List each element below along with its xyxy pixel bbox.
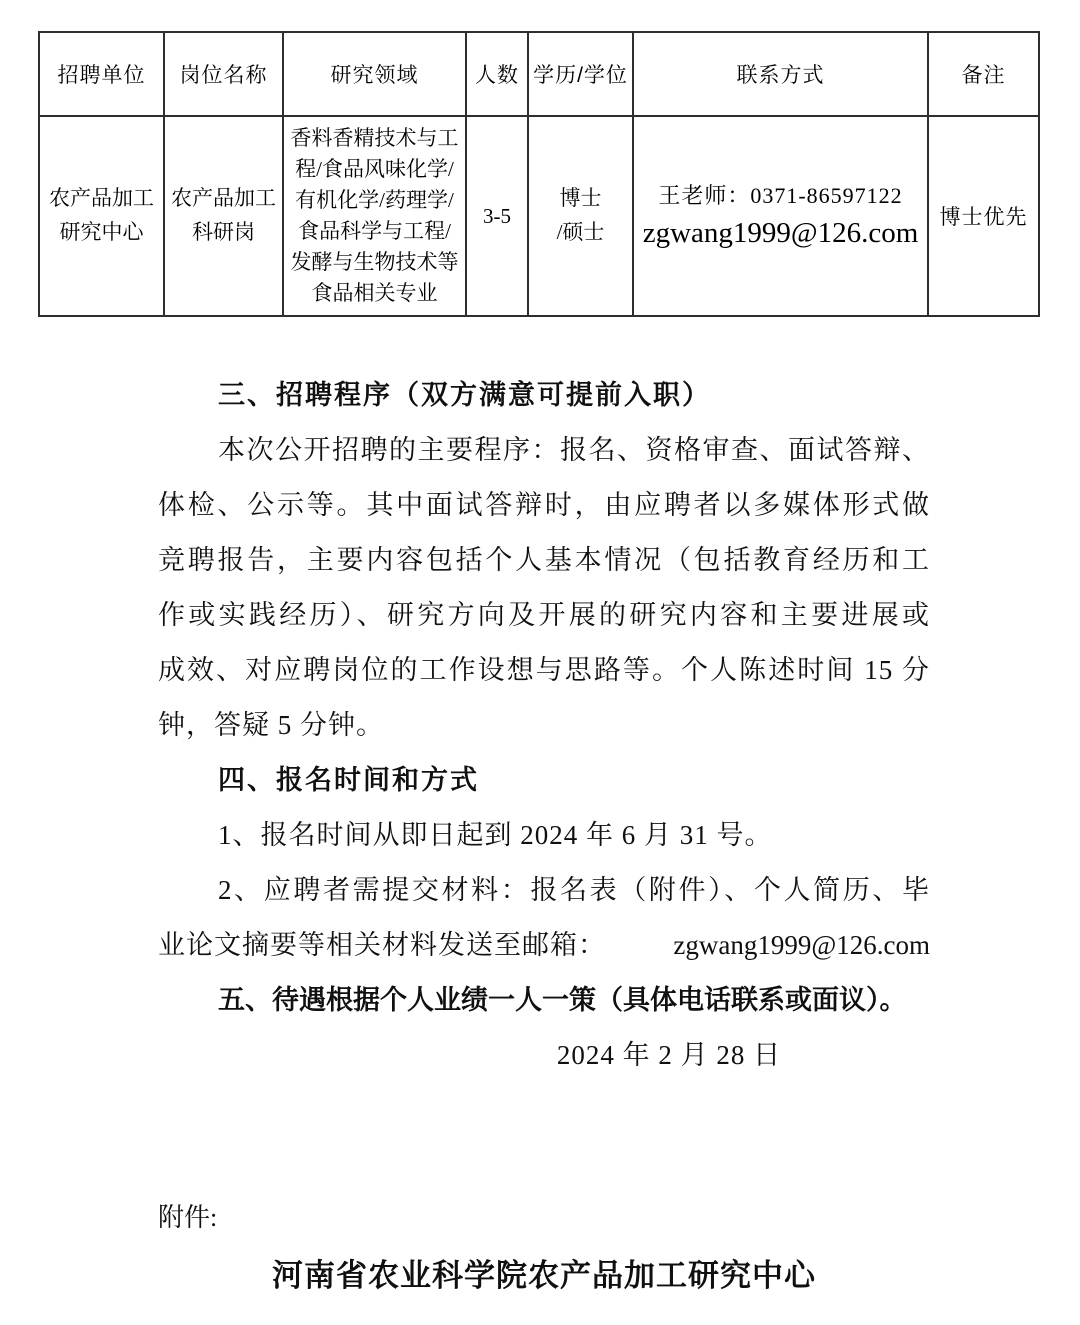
section-5-heading: 五、待遇根据个人业绩一人一策（具体电话联系或面议）。 — [158, 973, 930, 1028]
col-header-count: 人数 — [466, 32, 528, 116]
section-3-line-3: 竞聘报告，主要内容包括个人基本情况（包括教育经历和工 — [158, 533, 930, 588]
recruitment-table: 招聘单位 岗位名称 研究领域 人数 学历/学位 联系方式 备注 农产品加工 研究… — [38, 31, 1040, 317]
cell-unit: 农产品加工 研究中心 — [39, 116, 164, 316]
cell-post: 农产品加工 科研岗 — [164, 116, 283, 316]
section-4-heading: 四、报名时间和方式 — [158, 753, 930, 808]
cell-headcount: 3-5 — [466, 116, 528, 316]
col-header-unit: 招聘单位 — [39, 32, 164, 116]
contact-phone: 王老师：0371-86597122 — [638, 179, 923, 213]
cell-note: 博士优先 — [928, 116, 1039, 316]
section-3-line-2: 体检、公示等。其中面试答辩时，由应聘者以多媒体形式做 — [158, 478, 930, 533]
footer-title: 河南省农业科学院农产品加工研究中心 — [158, 1245, 930, 1307]
section-3-heading: 三、招聘程序（双方满意可提前入职） — [158, 368, 930, 423]
cell-research-field: 香料香精技术与工程/食品风味化学/有机化学/药理学/食品科学与工程/发酵与生物技… — [283, 116, 466, 316]
section-4-item-1: 1、报名时间从即日起到 2024 年 6 月 31 号。 — [158, 808, 930, 863]
attachment-label: 附件: — [158, 1190, 930, 1245]
table-data-row: 农产品加工 研究中心 农产品加工 科研岗 香料香精技术与工程/食品风味化学/有机… — [39, 116, 1039, 316]
document-date: 2024 年 2 月 28 日 — [158, 1028, 930, 1083]
section-3-line-6: 钟，答疑 5 分钟。 — [158, 698, 930, 753]
section-3-line-4: 作或实践经历）、研究方向及开展的研究内容和主要进展或 — [158, 588, 930, 643]
section-4-item-2-line-1: 2、应聘者需提交材料：报名表（附件）、个人简历、毕 — [158, 863, 930, 918]
section-3-line-5: 成效、对应聘岗位的工作设想与思路等。个人陈述时间 15 分 — [158, 643, 930, 698]
cell-contact: 王老师：0371-86597122 zgwang1999@126.com — [633, 116, 928, 316]
table-header-row: 招聘单位 岗位名称 研究领域 人数 学历/学位 联系方式 备注 — [39, 32, 1039, 116]
contact-email: zgwang1999@126.com — [638, 213, 923, 253]
section-3-line-1: 本次公开招聘的主要程序：报名、资格审查、面试答辩、 — [158, 423, 930, 478]
cell-degree: 博士 /硕士 — [528, 116, 633, 316]
col-header-degree: 学历/学位 — [528, 32, 633, 116]
col-header-field: 研究领域 — [283, 32, 466, 116]
col-header-post: 岗位名称 — [164, 32, 283, 116]
section-4-item-2-line-2: 业论文摘要等相关材料发送至邮箱： zgwang1999@126.com — [158, 918, 930, 973]
document-body: 三、招聘程序（双方满意可提前入职） 本次公开招聘的主要程序：报名、资格审查、面试… — [158, 368, 930, 1307]
submit-email-label: 业论文摘要等相关材料发送至邮箱： — [158, 918, 606, 973]
submit-email-address: zgwang1999@126.com — [673, 918, 930, 973]
col-header-contact: 联系方式 — [633, 32, 928, 116]
document-page: 招聘单位 岗位名称 研究领域 人数 学历/学位 联系方式 备注 农产品加工 研究… — [0, 0, 1080, 1325]
col-header-note: 备注 — [928, 32, 1039, 116]
